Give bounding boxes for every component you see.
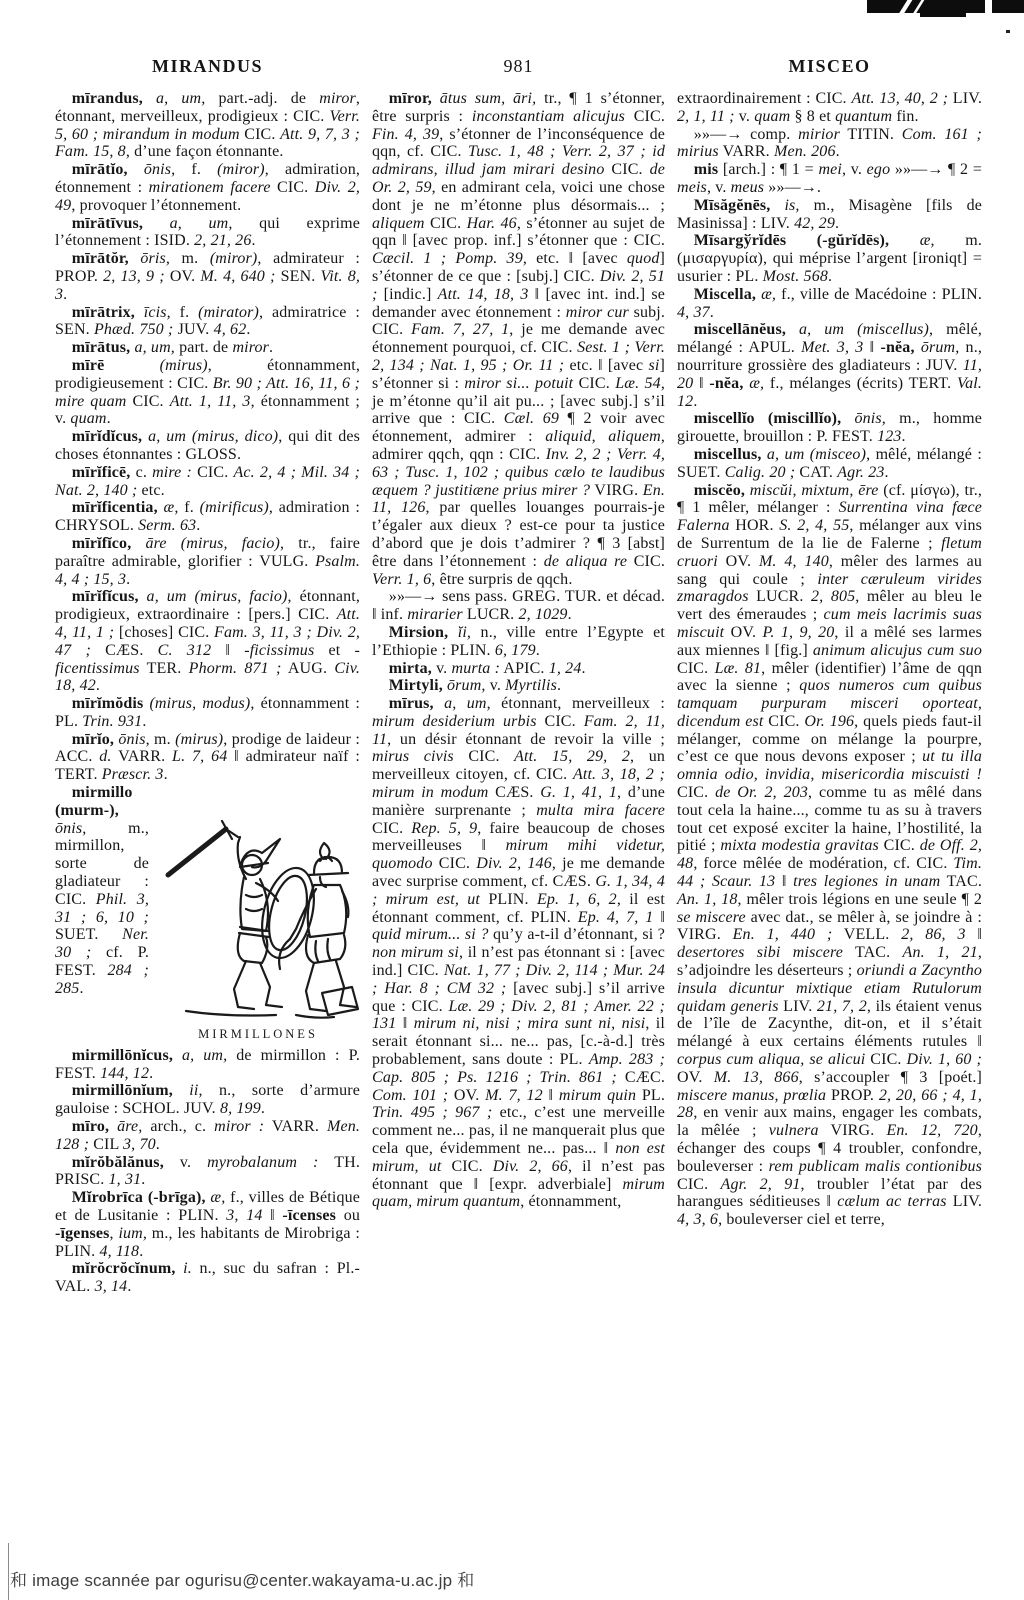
dictionary-entry: mīrātrix, īcis, f. (mirator), admiratric… xyxy=(55,304,360,340)
entry-headword: Mirtyli, xyxy=(389,677,443,694)
dictionary-entry: mīrātŏr, ōris, m. (miror), admirateur : … xyxy=(55,250,360,303)
dictionary-entry: Mīsăgĕnēs, is, m., Misagène [fils de Mas… xyxy=(677,197,982,233)
entry-headword: Mirsion, xyxy=(389,624,448,641)
watermark: 和 image scannée par ogurisu@center.wakay… xyxy=(10,1566,474,1591)
entry-headword: mĭrŏcrŏcĭnum, xyxy=(72,1260,176,1277)
sica xyxy=(279,939,290,969)
dictionary-entry: miscellānĕus, a, um (miscellus), mêlé, m… xyxy=(677,321,982,410)
scan-artifact-notch xyxy=(897,0,913,16)
entry-body: ōnis, m., mirmillon, sorte de gladiateur… xyxy=(55,820,149,997)
dictionary-entry: mīrĭfĭco, āre (mirus, facio), tr., faire… xyxy=(55,535,360,588)
scan-artifact-line xyxy=(8,1543,9,1600)
dictionary-entry: mĭrŏbălănus, v. myrobalanum : TH. PRISC.… xyxy=(55,1154,360,1190)
entry-headword: mīrandus, xyxy=(72,90,143,107)
entry-headword: miscellānĕus, xyxy=(694,321,786,338)
scan-artifact-bar-secondary xyxy=(920,12,966,17)
entry-headword: mirmillōnĭcus, xyxy=(72,1047,173,1064)
gladiators-illustration xyxy=(156,787,360,1019)
dictionary-entry: miscellus, a, um (misceo), mêlé, mélangé… xyxy=(677,446,982,482)
entry-body: »»—→ sens pass. GREG. TUR. et décad. ‖ i… xyxy=(372,588,665,623)
column-left: mīrandus, a, um, part.-adj. de miror, ét… xyxy=(55,90,360,1542)
entry-headword: mīrĭo, xyxy=(72,731,114,748)
entry-headword: mīrātrix, xyxy=(72,304,135,321)
entry-headword: mīrus, xyxy=(389,695,434,712)
entry-headword: Miscella, xyxy=(694,286,756,303)
dictionary-entry: mīrē (mirus), étonnamment, prodigieuseme… xyxy=(55,357,360,428)
dictionary-entry: mīrātĭo, ōnis, f. (miror), admiration, é… xyxy=(55,161,360,214)
entry-headword: Mīsargўrĭdēs (-gŭrĭdēs), xyxy=(694,232,889,249)
page-header: MIRANDUS 981 MISCEO xyxy=(0,56,1024,77)
column-middle: mīror, ātus sum, āri, tr., ¶ 1 s’étonner… xyxy=(372,90,665,1542)
dictionary-entry: mīrandus, a, um, part.-adj. de miror, ét… xyxy=(55,90,360,161)
dictionary-paragraph: extraordinairement : CIC. Att. 13, 40, 2… xyxy=(677,90,982,126)
text-columns: mīrandus, a, um, part.-adj. de miror, ét… xyxy=(0,90,1024,1542)
entry-headword: mirmillōnĭum, xyxy=(72,1082,173,1099)
entry-headword: mirta, xyxy=(389,660,432,677)
entry-headword: Mĭrobrīca (-brīga), xyxy=(72,1189,206,1206)
dictionary-entry: Mirtyli, ōrum, v. Myrtilis. xyxy=(372,677,665,695)
dictionary-entry: Miscella, æ, f., ville de Macédoine : PL… xyxy=(677,286,982,322)
dictionary-entry: mīrĭfĭcus, a, um (mirus, facio), étonnan… xyxy=(55,588,360,695)
dictionary-entry: mīror, ātus sum, āri, tr., ¶ 1 s’étonner… xyxy=(372,90,665,588)
entry-headword: mirmillo (murm-), xyxy=(55,784,133,819)
header-left-guideword: MIRANDUS xyxy=(55,56,360,77)
dictionary-entry: mīrĭficē, c. mire : CIC. Ac. 2, 4 ; Mil.… xyxy=(55,464,360,500)
entry-headword: mīror, xyxy=(389,90,432,107)
entry-headword: miscellus, xyxy=(694,446,762,463)
entry-headword: mīrĭfĭcus, xyxy=(72,588,139,605)
dictionary-entry: miscĕo, miscŭi, mixtum, ēre (cf. μίσγω),… xyxy=(677,482,982,1229)
column-right: extraordinairement : CIC. Att. 13, 40, 2… xyxy=(677,90,982,1542)
entry-body: extraordinairement : CIC. Att. 13, 40, 2… xyxy=(677,90,982,125)
dictionary-entry: mīrus, a, um, étonnant, merveilleux : mi… xyxy=(372,695,665,1211)
entry-headword: mīrĭfĭco, xyxy=(72,535,132,552)
entry-body: ōrum, v. Myrtilis. xyxy=(447,677,561,694)
scan-artifact-speck xyxy=(1006,30,1010,33)
dictionary-entry: Mĭrobrīca (-brīga), æ, f., villes de Bét… xyxy=(55,1189,360,1260)
entry-body: a, um, étonnant, merveilleux : mirum des… xyxy=(372,695,665,1210)
entry-headword: mĭrŏbălănus, xyxy=(72,1154,164,1171)
scan-artifact-gap xyxy=(985,0,992,13)
dictionary-paragraph: »»—→ comp. mirior TITIN. Com. 161 ; miri… xyxy=(677,126,982,162)
entry-body: »»—→ comp. mirior TITIN. Com. 161 ; miri… xyxy=(677,126,982,161)
entry-body: [arch.] : ¶ 1 = mei, v. ego »»—→ ¶ 2 = m… xyxy=(677,161,982,196)
right-gladiator-helmet xyxy=(314,857,342,873)
entry-body: ātus sum, āri, tr., ¶ 1 s’étonner, être … xyxy=(372,90,665,588)
dictionary-entry: mirta, v. murta : APIC. 1, 24. xyxy=(372,660,665,678)
header-right-guideword: MISCEO xyxy=(677,56,982,77)
entry-headword: mīro, xyxy=(72,1118,109,1135)
entry-headword: mis xyxy=(694,161,718,178)
entry-body: miscŭi, mixtum, ēre (cf. μίσγω), tr., ¶ … xyxy=(677,482,982,1229)
entry-headword: mīrĭficentia, xyxy=(72,499,158,516)
dictionary-entry: mirmillōnĭum, ii, n., sorte d’armure gau… xyxy=(55,1082,360,1118)
dictionary-paragraph: »»—→ sens pass. GREG. TUR. et décad. ‖ i… xyxy=(372,588,665,624)
mirmillones-figure: MIRMILLONES xyxy=(156,787,360,1044)
entry-headword: mīrĭdĭcus, xyxy=(72,428,142,445)
dictionary-entry: mīro, āre, arch., c. miror : VARR. Men. … xyxy=(55,1118,360,1154)
entry-body: a, um, part. de miror. xyxy=(134,339,273,356)
dictionary-entry: mis [arch.] : ¶ 1 = mei, v. ego »»—→ ¶ 2… xyxy=(677,161,982,197)
dictionary-entry: Mirsion, ĭi, n., ville entre l’Egypte et… xyxy=(372,624,665,660)
entry-headword: miscellĭo (miscillĭo), xyxy=(694,410,841,427)
entry-headword: mīrātĭo, xyxy=(72,161,128,178)
dictionary-entry: mīrātīvus, a, um, qui exprime l’étonneme… xyxy=(55,215,360,251)
dictionary-entry: mīrĭo, ōnis, m. (mirus), prodige de laid… xyxy=(55,731,360,784)
entry-headword: mīrātŏr, xyxy=(72,250,129,267)
dictionary-entry: mīrĭmŏdis (mirus, modus), étonnamment : … xyxy=(55,695,360,731)
entry-headword: miscĕo, xyxy=(694,482,745,499)
page-number: 981 xyxy=(372,56,665,77)
sword-blade xyxy=(168,829,226,875)
entry-headword: Mīsăgĕnēs, xyxy=(694,197,771,214)
entry-headword: mīrātīvus, xyxy=(72,215,143,232)
entry-headword: mīrē xyxy=(72,357,105,374)
dictionary-entry: mīrĭdĭcus, a, um (mirus, dico), qui dit … xyxy=(55,428,360,464)
scanned-dictionary-page: { "page": { "header": { "left_title": "M… xyxy=(0,0,1024,1600)
dictionary-entry: mĭrŏcrŏcĭnum, i. n., suc du safran : Pl.… xyxy=(55,1260,360,1296)
dictionary-entry: mīrātus, a, um, part. de miror. xyxy=(55,339,360,357)
entry-headword: mīrĭmŏdis xyxy=(72,695,144,712)
dictionary-entry: mīrĭficentia, æ, f. (mirificus), admirat… xyxy=(55,499,360,535)
figure-caption: MIRMILLONES xyxy=(156,1026,360,1044)
entry-body: v. murta : APIC. 1, 24. xyxy=(436,660,586,677)
entry-headword: mīrātus, xyxy=(72,339,131,356)
dictionary-entry: Mīsargўrĭdēs (-gŭrĭdēs), æ, m. (μισαργυρ… xyxy=(677,232,982,285)
entry-headword: mīrĭficē, xyxy=(72,464,131,481)
dictionary-entry: miscellĭo (miscillĭo), ōnis, m., homme g… xyxy=(677,410,982,446)
